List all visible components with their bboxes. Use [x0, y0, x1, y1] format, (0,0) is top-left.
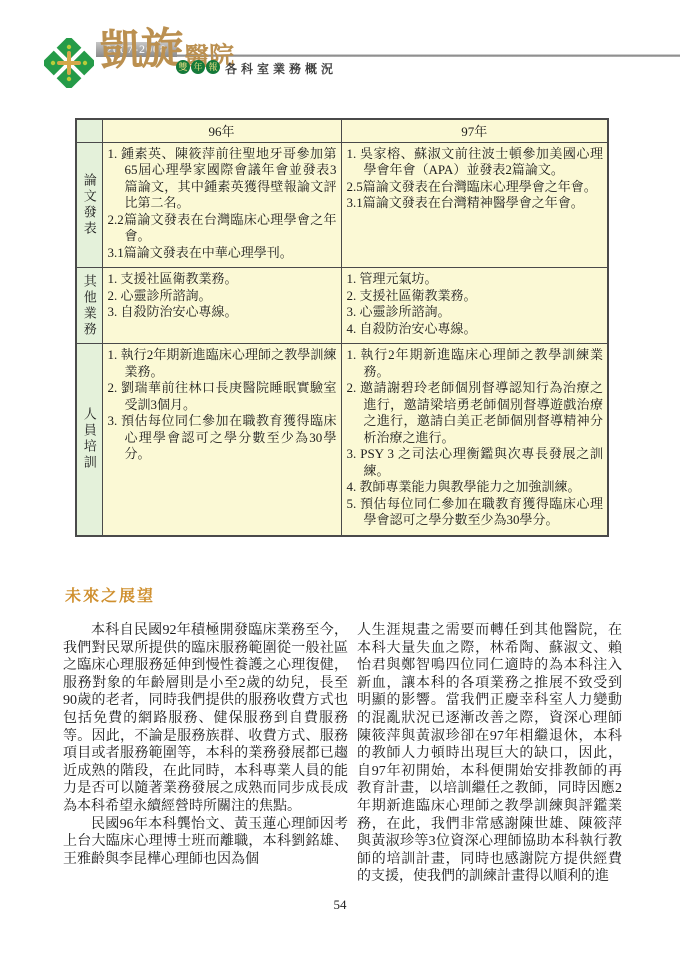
list-item: 2. 邀請謝碧玲老師個別督導認知行為治療之進行，邀請梁培勇老師個別督導遊戲治療之…	[347, 380, 604, 446]
table-corner-cell	[76, 119, 102, 142]
list-item: 5. 預估每位同仁參加在職教育獲得臨床心理學會認可之學分數至少為30學分。	[347, 496, 604, 529]
page-number: 54	[0, 897, 680, 913]
table-cell-other-97: 1. 管理元氣坊。2. 支援社區衛教業務。3. 心靈診所諮詢。4. 自殺防治安心…	[341, 268, 608, 344]
badge-circle: 報	[206, 60, 220, 74]
table-cell-training-97: 1. 執行2年期新進臨床心理師之教學訓練業務。2. 邀請謝碧玲老師個別督導認知行…	[341, 344, 608, 536]
section-title-future-prospects: 未來之展望	[65, 583, 155, 606]
paragraph: 本科自民國92年積極開發臨床業務至今，我們對民眾所提供的臨床服務範圍從一般社區之…	[63, 622, 348, 816]
column-header-97: 97年	[341, 119, 608, 142]
list-item: 4. 教師專業能力與教學能力之加強訓練。	[347, 479, 604, 496]
list-item: 1. 鍾素英、陳筱萍前往聖地牙哥參加第65屆心理學家國際會議年會並發表3篇論文，…	[108, 146, 337, 212]
column-header-96: 96年	[102, 119, 341, 142]
list-item: 4. 自殺防治安心專線。	[347, 321, 604, 338]
list-item: 3.1篇論文發表在台灣精神醫學會之年會。	[347, 195, 604, 212]
list-item: 1. 吳家榕、蘇淑文前往波士頓參加美國心理學會年會（APA）並發表2篇論文。	[347, 146, 604, 179]
list-item: 1. 支援社區衛教業務。	[108, 271, 337, 288]
table-cell-papers-97: 1. 吳家榕、蘇淑文前往波士頓參加美國心理學會年會（APA）並發表2篇論文。2.…	[341, 142, 608, 268]
list-item: 3. 預估每位同仁參加在職教育獲得臨床心理學會認可之學分數至少為30學分。	[108, 413, 337, 463]
badge-circle: 雙	[176, 60, 190, 74]
row-label-text: 論文發表	[80, 173, 99, 237]
list-item: 2. 支援社區衛教業務。	[347, 288, 604, 305]
brand-name-main: 凱旋	[99, 27, 182, 73]
annual-business-table: 96年 97年 論文發表 1. 鍾素英、陳筱萍前往聖地牙哥參加第65屆心理學家國…	[75, 118, 607, 537]
list-item: 2. 劉瑞華前往林口長庚醫院睡眠實驗室受訓3個月。	[108, 380, 337, 413]
list-item: 3. 心靈診所諮詢。	[347, 304, 604, 321]
paragraph-continuation: 人生涯規畫之需要而轉任到其他醫院，在本科大量失血之際，林希陶、蘇淑文、賴怡君與鄭…	[357, 622, 622, 886]
table-cell-other-96: 1. 支援社區衛教業務。2. 心靈診所諮詢。3. 自殺防治安心專線。	[102, 268, 341, 344]
biennial-report-badges: 雙年報	[176, 60, 221, 74]
list-item: 2.5篇論文發表在台灣臨床心理學會之年會。	[347, 179, 604, 196]
body-text-columns: 本科自民國92年積極開發臨床業務至今，我們對民眾所提供的臨床服務範圍從一般社區之…	[63, 622, 622, 886]
row-label-text: 其他業務	[80, 274, 99, 338]
list-item: 2. 心靈診所諮詢。	[108, 288, 337, 305]
row-label-papers: 論文發表	[76, 142, 102, 268]
list-item: 1. 執行2年期新進臨床心理師之教學訓練業務。	[108, 347, 337, 380]
body-text-right-column: 人生涯規畫之需要而轉任到其他醫院，在本科大量失血之際，林希陶、蘇淑文、賴怡君與鄭…	[357, 622, 622, 886]
table-row: 論文發表 1. 鍾素英、陳筱萍前往聖地牙哥參加第65屆心理學家國際會議年會並發表…	[76, 142, 608, 268]
list-item: 3. 自殺防治安心專線。	[108, 304, 337, 321]
badge-circle: 年	[191, 60, 205, 74]
table-row: 人員培訓 1. 執行2年期新進臨床心理師之教學訓練業務。2. 劉瑞華前往林口長庚…	[76, 344, 608, 536]
page-header: 2007-2008 凱旋 醫院 雙年報 各科室業務概況	[0, 0, 680, 118]
table-row: 其他業務 1. 支援社區衛教業務。2. 心靈診所諮詢。3. 自殺防治安心專線。 …	[76, 268, 608, 344]
header-subtitle: 各科室業務概況	[225, 60, 337, 77]
paragraph: 民國96年本科龔怡文、黃玉蓮心理師因考上台大臨床心理博士班而離職，本科劉銘雄、王…	[63, 816, 348, 869]
list-item: 2.2篇論文發表在台灣臨床心理學會之年會。	[108, 212, 337, 245]
hospital-logo-icon	[44, 38, 94, 88]
row-label-training: 人員培訓	[76, 344, 102, 536]
body-text-left-column: 本科自民國92年積極開發臨床業務至今，我們對民眾所提供的臨床服務範圍從一般社區之…	[63, 622, 348, 886]
list-item: 3. PSY 3 之司法心理衡鑑與次專長發展之訓練。	[347, 446, 604, 479]
list-item: 3.1篇論文發表在中華心理學刊。	[108, 245, 337, 262]
list-item: 1. 管理元氣坊。	[347, 271, 604, 288]
table-cell-papers-96: 1. 鍾素英、陳筱萍前往聖地牙哥參加第65屆心理學家國際會議年會並發表3篇論文，…	[102, 142, 341, 268]
table-header-row: 96年 97年	[76, 119, 608, 142]
hospital-logo-svg	[44, 38, 94, 88]
row-label-text: 人員培訓	[80, 407, 99, 471]
table-cell-training-96: 1. 執行2年期新進臨床心理師之教學訓練業務。2. 劉瑞華前往林口長庚醫院睡眠實…	[102, 344, 341, 536]
row-label-other-duties: 其他業務	[76, 268, 102, 344]
list-item: 1. 執行2年期新進臨床心理師之教學訓練業務。	[347, 347, 604, 380]
